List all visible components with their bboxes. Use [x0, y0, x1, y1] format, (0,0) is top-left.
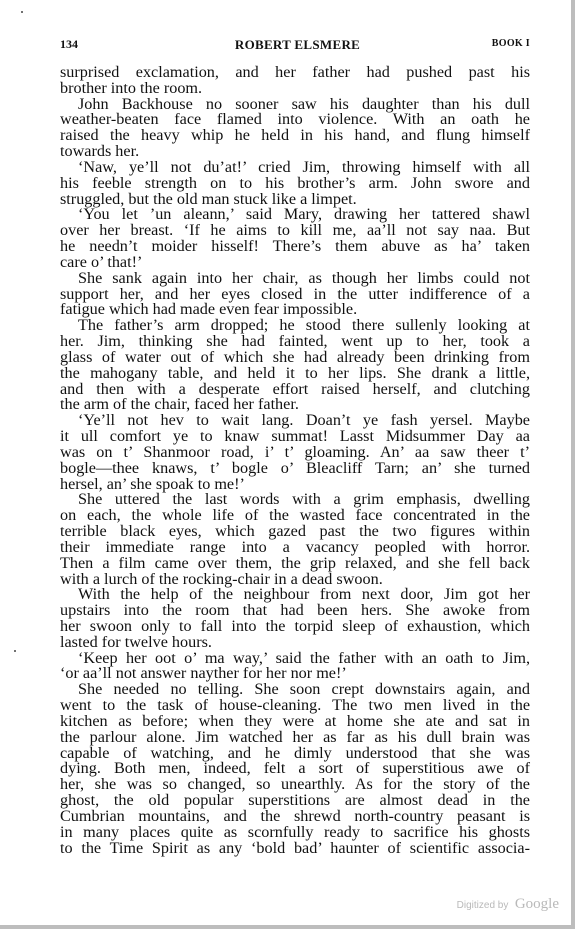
scan-speck — [14, 650, 16, 652]
page-number: 134 — [60, 37, 78, 52]
running-head: 134 ROBERT ELSMERE BOOK I — [60, 37, 530, 53]
book-title: ROBERT ELSMERE — [229, 37, 366, 53]
text-line: to the Time Spirit as any ‘bold bad’ hau… — [60, 841, 530, 857]
book-section-label: BOOK I — [492, 38, 530, 49]
watermark-prefix: Digitized by — [457, 900, 509, 911]
digitized-by-watermark: Digitized by Google — [457, 895, 559, 913]
book-page: 134 ROBERT ELSMERE BOOK I surprised excl… — [0, 0, 571, 925]
horizontal-scrollbar[interactable] — [0, 925, 575, 929]
scan-speck — [21, 11, 23, 13]
vertical-scrollbar[interactable] — [571, 0, 575, 929]
page-body-text: surprised exclamation, and her father ha… — [60, 65, 530, 856]
google-logo-text: Google — [515, 896, 559, 912]
